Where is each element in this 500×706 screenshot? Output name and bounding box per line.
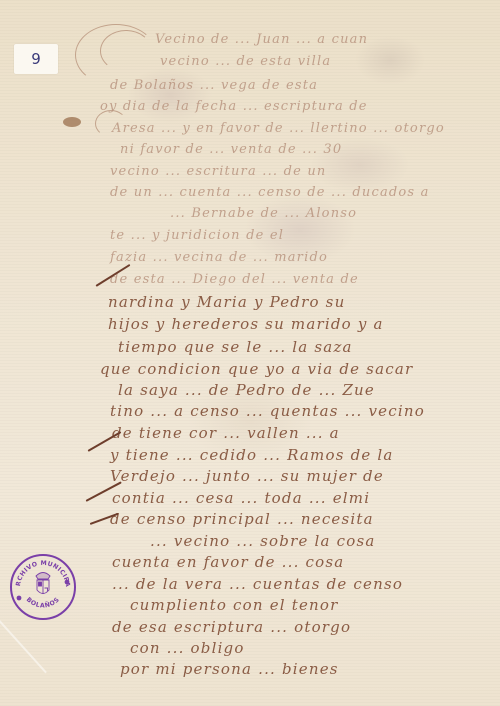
- page-number: 9: [31, 50, 41, 68]
- manuscript-line: cumpliento con el tenor: [130, 596, 339, 614]
- manuscript-line: vecino ... escritura ... de un: [110, 164, 326, 179]
- manuscript-line: Vecino de ... Juan ... a cuan: [155, 32, 368, 47]
- manuscript-line: la saya ... de Pedro de ... Zue: [118, 381, 375, 399]
- svg-text:BOLAÑOS: BOLAÑOS: [25, 596, 61, 609]
- manuscript-line: de esa escriptura ... otorgo: [112, 618, 351, 636]
- manuscript-line: cuenta en favor de ... cosa: [112, 553, 344, 571]
- stamp-bottom-text: BOLAÑOS: [25, 596, 61, 609]
- manuscript-line: Aresa ... y en favor de ... llertino ...…: [112, 121, 445, 136]
- manuscript-line: ni favor de ... venta de ... 30: [120, 142, 342, 157]
- manuscript-page: 9 Vecino de ... Juan ... a cuanvecino ..…: [0, 0, 500, 706]
- manuscript-line: nardina y Maria y Pedro su: [108, 293, 345, 311]
- manuscript-line: tino ... a censo ... quentas ... vecino: [110, 402, 425, 420]
- manuscript-line: ... de la vera ... cuentas de censo: [112, 575, 403, 593]
- manuscript-line: de censo principal ... necesita: [110, 510, 374, 528]
- manuscript-line: y tiene ... cedido ... Ramos de la: [110, 446, 394, 464]
- manuscript-line: vecino ... de esta villa: [160, 54, 331, 69]
- manuscript-line: ... Bernabe de ... Alonso: [170, 206, 357, 221]
- ink-blot: [63, 117, 81, 127]
- manuscript-line: de un ... cuenta ... censo de ... ducado…: [110, 185, 430, 200]
- manuscript-line: tiempo que se le ... la saza: [118, 338, 353, 356]
- manuscript-line: te ... y juridicion de el: [110, 228, 284, 243]
- manuscript-line: fazia ... vecina de ... marido: [110, 250, 328, 265]
- manuscript-line: de Bolaños ... vega de esta: [110, 78, 318, 93]
- manuscript-line: hijos y herederos su marido y a: [108, 315, 384, 333]
- manuscript-line: ... vecino ... sobre la cosa: [150, 532, 375, 550]
- coat-of-arms-icon: [36, 573, 50, 595]
- manuscript-line: contia ... cesa ... toda ... elmi: [112, 489, 370, 507]
- manuscript-line: que condicion que yo a via de sacar: [100, 360, 413, 378]
- manuscript-line: por mi persona ... bienes: [120, 660, 339, 678]
- manuscript-line: de esta ... Diego del ... venta de: [110, 272, 359, 287]
- manuscript-line: Verdejo ... junto ... su mujer de: [110, 467, 384, 485]
- manuscript-line: con ... obligo: [130, 639, 245, 657]
- page-number-label: 9: [14, 44, 58, 74]
- archive-stamp: ARCHIVO MUNICIPAL BOLAÑOS: [8, 552, 78, 622]
- paper-fold: [0, 620, 47, 673]
- flourish-left: [100, 30, 152, 72]
- manuscript-line: oy dia de la fecha ... escriptura de: [100, 99, 368, 114]
- manuscript-line: de tiene cor ... vallen ... a: [112, 424, 340, 442]
